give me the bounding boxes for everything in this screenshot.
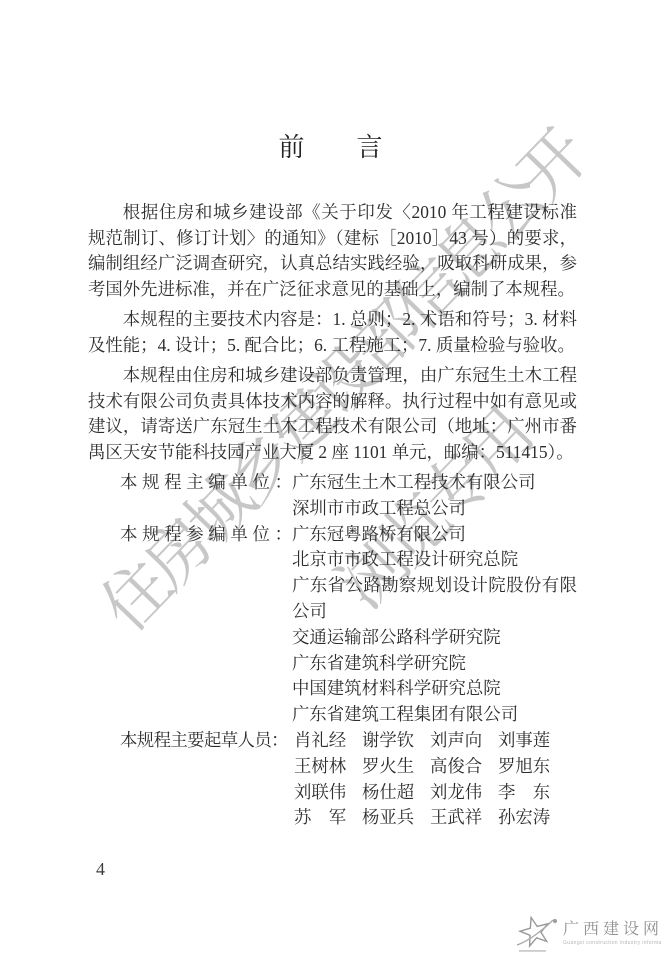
drafter-name: 李 东 — [498, 780, 551, 806]
drafter-name: 肖礼经 — [294, 728, 347, 754]
drafter-name: 刘联伟 — [294, 780, 347, 806]
drafter-name: 罗火生 — [362, 754, 415, 780]
chief-editor-label: 本规程主编单位： — [120, 470, 292, 496]
drafter-name: 杨仕超 — [362, 780, 415, 806]
site-logo: 广西建设网 Guangxi construction industry info… — [515, 914, 661, 956]
drafter-name: 王武祥 — [430, 805, 483, 831]
unit-item: 广东省公路勘察规划设计院股份有限公司 — [292, 573, 577, 625]
unit-item: 广东冠生土木工程技术有限公司 — [292, 470, 577, 496]
drafter-name: 孙宏涛 — [498, 805, 551, 831]
logo-text: 广西建设网 Guangxi construction industry info… — [563, 914, 661, 946]
unit-item: 广东冠粤路桥有限公司 — [292, 522, 577, 548]
drafter-name: 高俊合 — [430, 754, 483, 780]
drafter-name: 杨亚兵 — [362, 805, 415, 831]
unit-item: 中国建筑材料科学研究总院 — [292, 676, 577, 702]
drafter-name: 谢学钦 — [362, 728, 415, 754]
drafter-names-grid: 肖礼经 谢学钦 刘声向 刘事莲 王树林 罗火生 高俊合 罗旭东 刘联伟 杨仕超 … — [294, 728, 577, 831]
document-page: 住房城乡建设部信息公开 浏览专用 前 言 根据住房和城乡建设部《关于印发〈201… — [0, 0, 661, 958]
participating-section: 本规程参编单位： 广东冠粤路桥有限公司 北京市市政工程设计研究总院 广东省公路勘… — [120, 522, 577, 728]
star-logo-icon — [515, 914, 559, 956]
drafter-name: 刘事莲 — [498, 728, 551, 754]
drafter-name: 刘龙伟 — [430, 780, 483, 806]
paragraph-basis: 根据住房和城乡建设部《关于印发〈2010 年工程建设标准规范制订、修订计划〉的通… — [88, 200, 577, 302]
drafter-name: 王树林 — [294, 754, 347, 780]
paragraph-management: 本规程由住房和城乡建设部负责管理，由广东冠生土木工程技术有限公司负责具体技术内容… — [88, 363, 577, 465]
unit-item: 北京市市政工程设计研究总院 — [292, 547, 577, 573]
unit-item: 深圳市市政工程总公司 — [292, 496, 577, 522]
logo-tagline: Guangxi construction industry informatio… — [563, 940, 661, 946]
drafter-name: 刘声向 — [430, 728, 483, 754]
chief-editor-units: 广东冠生土木工程技术有限公司 深圳市市政工程总公司 — [292, 470, 577, 522]
drafters-label: 本规程主要起草人员： — [120, 728, 294, 754]
paragraph-contents: 本规程的主要技术内容是：1. 总则；2. 术语和符号；3. 材料及性能；4. 设… — [88, 307, 577, 358]
document-body: 根据住房和城乡建设部《关于印发〈2010 年工程建设标准规范制订、修订计划〉的通… — [88, 200, 577, 831]
unit-item: 广东省建筑工程集团有限公司 — [292, 702, 577, 728]
page-title: 前 言 — [0, 127, 661, 164]
unit-item: 广东省建筑科学研究院 — [292, 651, 577, 677]
participating-units: 广东冠粤路桥有限公司 北京市市政工程设计研究总院 广东省公路勘察规划设计院股份有… — [292, 522, 577, 728]
chief-editor-section: 本规程主编单位： 广东冠生土木工程技术有限公司 深圳市市政工程总公司 — [120, 470, 577, 522]
participating-label: 本规程参编单位： — [120, 522, 292, 548]
logo-site-name: 广西建设网 — [563, 922, 661, 938]
drafters-names: 肖礼经 谢学钦 刘声向 刘事莲 王树林 罗火生 高俊合 罗旭东 刘联伟 杨仕超 … — [294, 728, 577, 831]
drafter-name: 罗旭东 — [498, 754, 551, 780]
drafters-section: 本规程主要起草人员： 肖礼经 谢学钦 刘声向 刘事莲 王树林 罗火生 高俊合 罗… — [120, 728, 577, 831]
drafter-name: 苏 军 — [294, 805, 347, 831]
page-number: 4 — [96, 859, 105, 880]
unit-item: 交通运输部公路科学研究院 — [292, 625, 577, 651]
